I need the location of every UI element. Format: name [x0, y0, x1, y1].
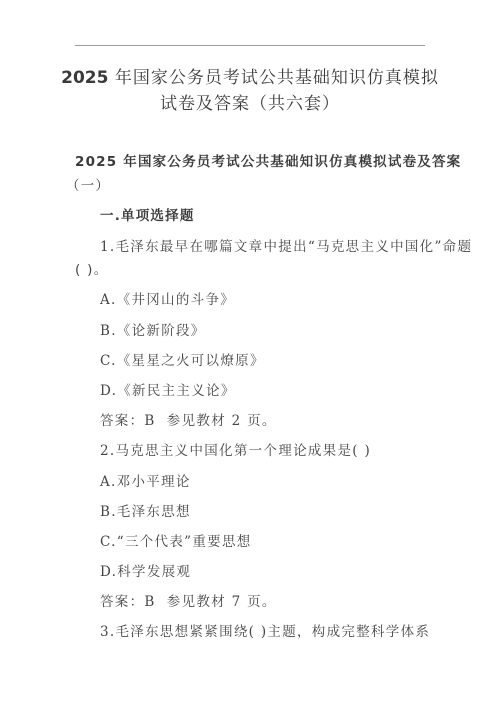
question-1-option-c: C.《星星之火可以燎原》 — [100, 352, 265, 370]
question-2-answer: 答案：B 参见教材 7 页。 — [100, 593, 277, 611]
question-2-option-c: C.“三个代表”重要思想 — [100, 533, 252, 551]
document-title-line1: 2025 年国家公务员考试公共基础知识仿真模拟 — [0, 68, 500, 88]
title-text: 年国家公务员考试公共基础知识仿真模拟 — [108, 68, 438, 88]
question-1-stem-cont: ( )。 — [75, 261, 109, 279]
question-1-answer: 答案：B 参见教材 2 页。 — [100, 412, 277, 430]
question-2-option-b: B.毛泽东思想 — [100, 503, 191, 521]
exam-subtitle-number: （一） — [66, 177, 110, 195]
section-heading: 一.单项选择题 — [100, 207, 195, 225]
question-2-option-a: A.邓小平理论 — [100, 473, 191, 491]
question-2-stem: 2.马克思主义中国化第一个理论成果是( ) — [100, 442, 371, 460]
question-1-option-a: A.《井冈山的斗争》 — [100, 291, 235, 309]
question-1-option-b: B.《论新阶段》 — [100, 322, 206, 340]
question-1-option-d: D.《新民主主义论》 — [100, 382, 236, 400]
question-3-stem: 3.毛泽东思想紧紧围绕( )主题，构成完整科学体系 — [100, 623, 430, 641]
document-title-line2: 试卷及答案（共六套） — [0, 94, 500, 114]
exam-subtitle: 2025 年国家公务员考试公共基础知识仿真模拟试卷及答案 — [75, 153, 461, 171]
header-rule — [75, 45, 425, 46]
question-1-stem: 1.毛泽东最早在哪篇文章中提出“马克思主义中国化”命题 — [100, 238, 472, 256]
question-2-option-d: D.科学发展观 — [100, 563, 191, 581]
title-year: 2025 — [61, 68, 108, 88]
